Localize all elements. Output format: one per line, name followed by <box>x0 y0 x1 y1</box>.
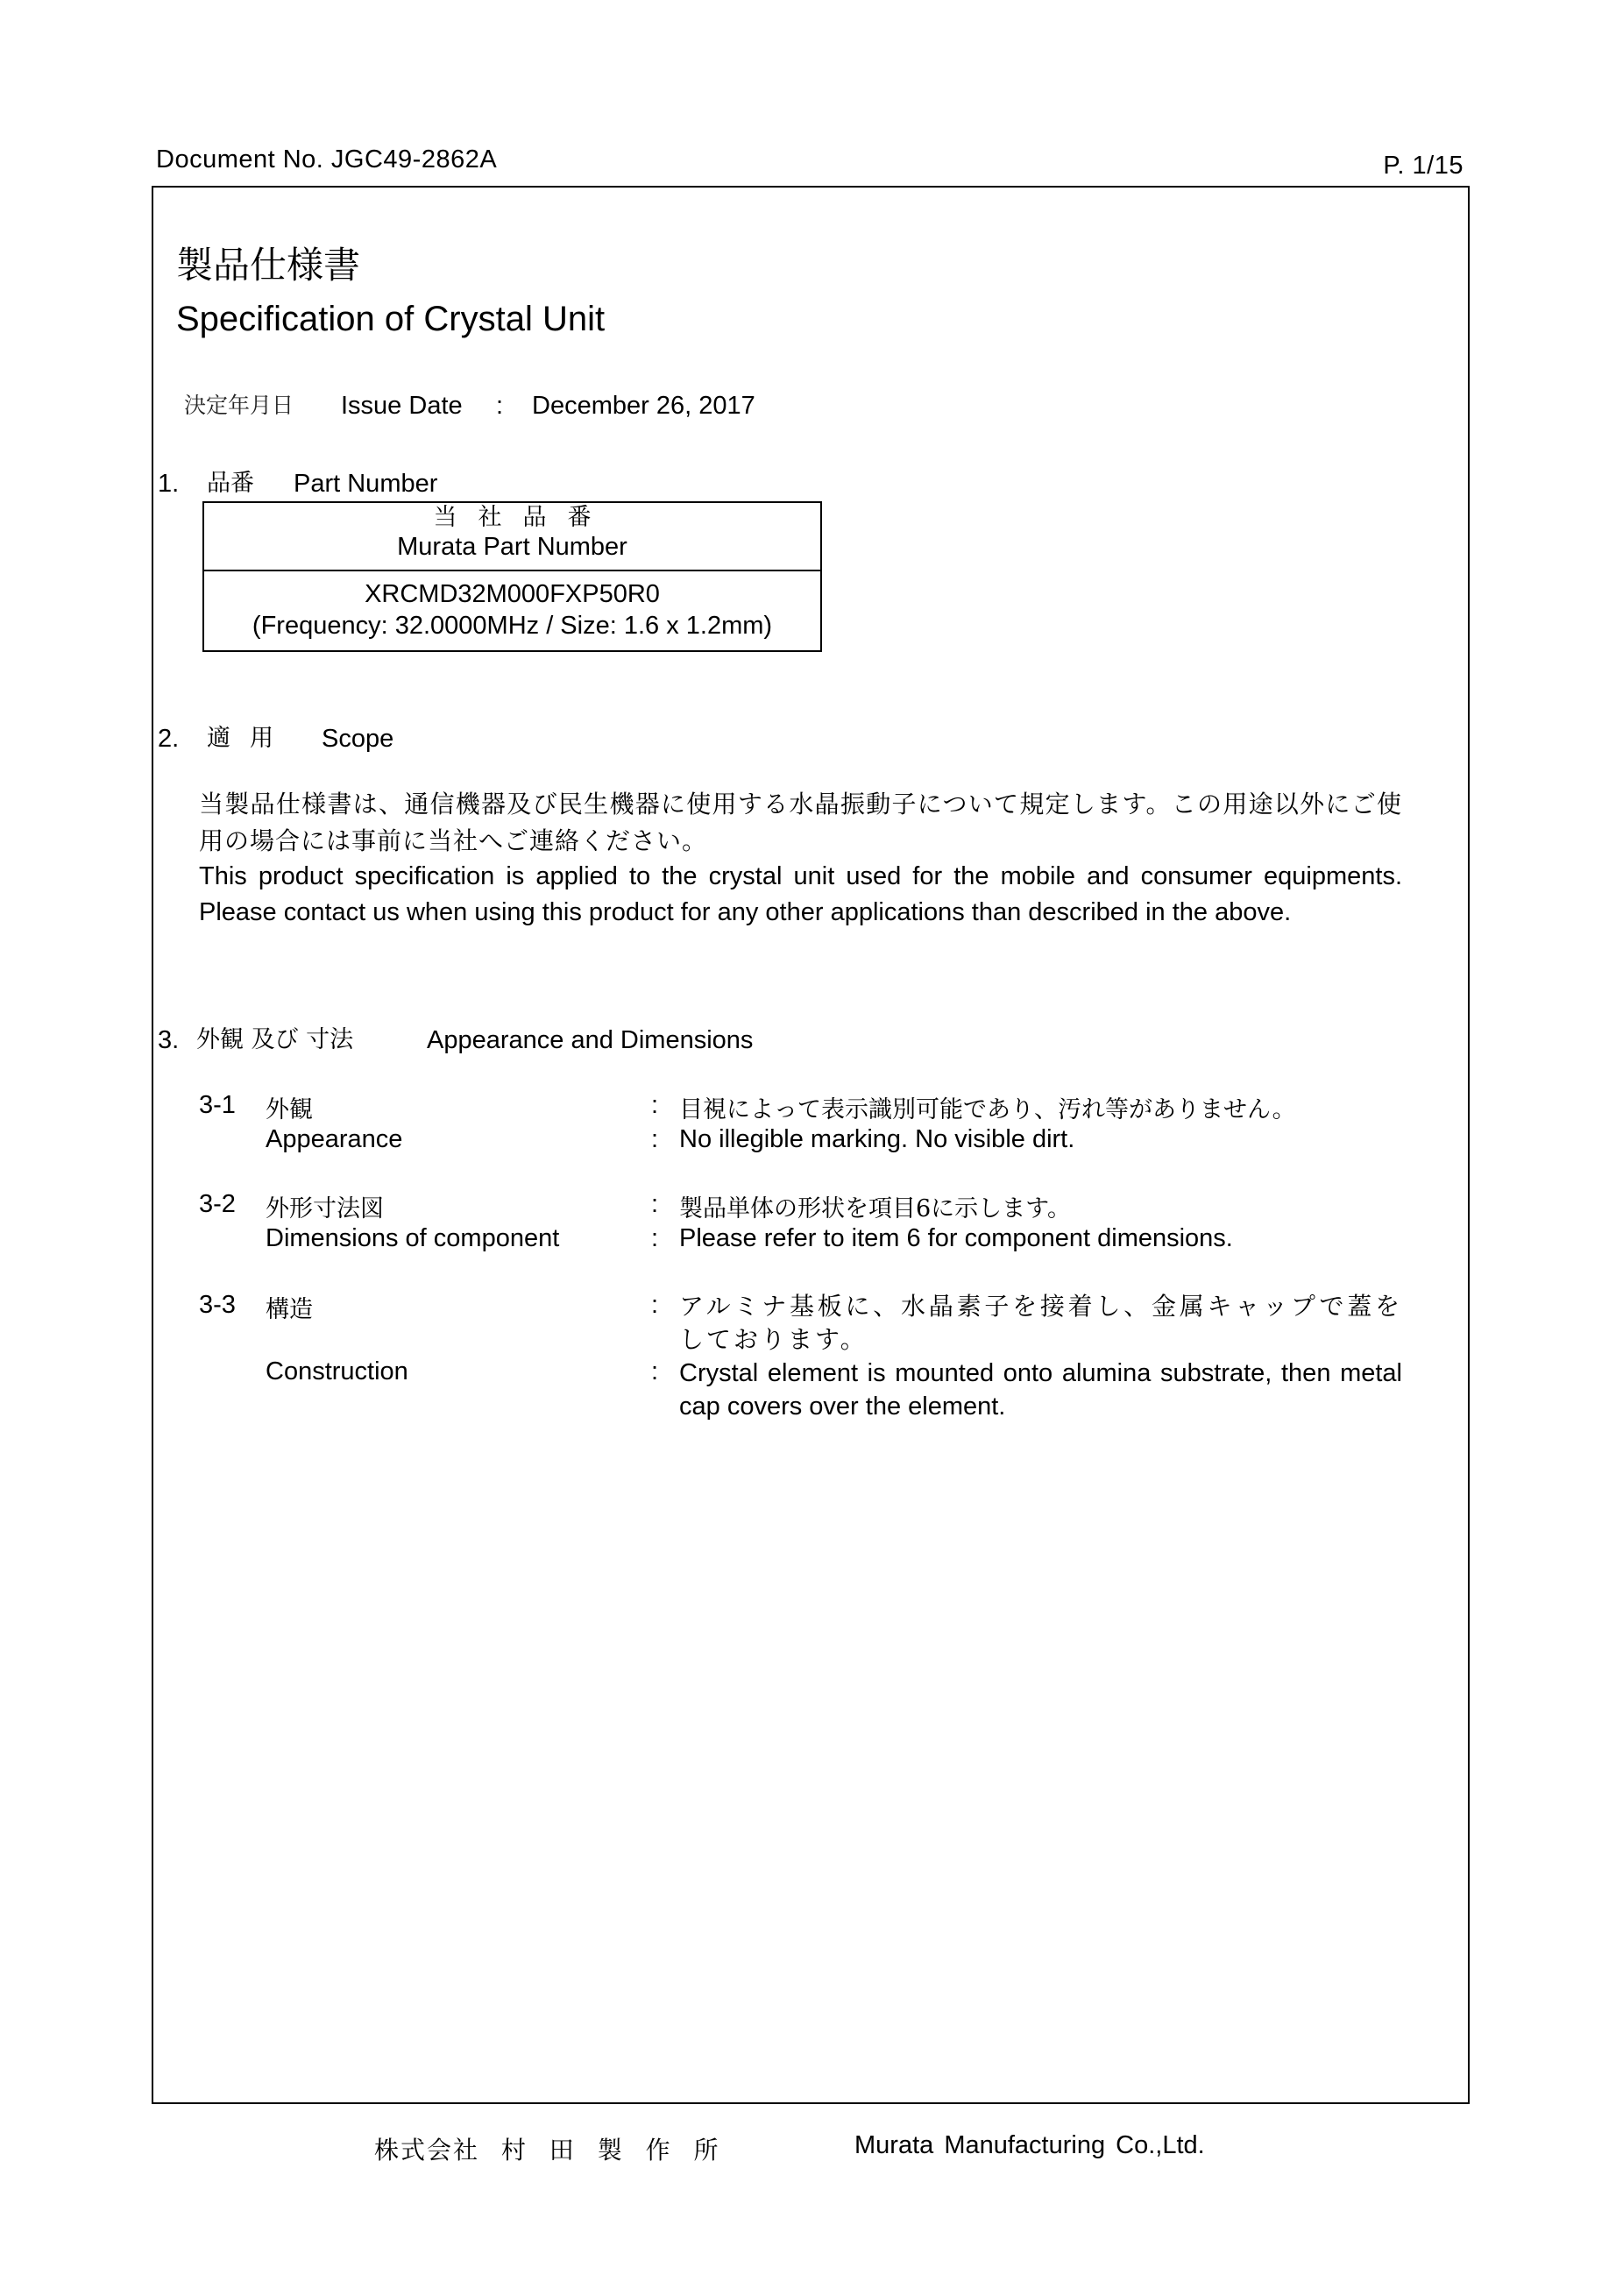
scope-text-en: This product specification is applied to… <box>199 859 1402 930</box>
item-label: Construction <box>266 1357 408 1386</box>
scope-text-jp: 当製品仕様書は、通信機器及び民生機器に使用する水晶振動子について規定します。この… <box>199 786 1402 860</box>
issue-date-label: Issue Date <box>341 391 463 421</box>
part-number-table-row: XRCMD32M000FXP50R0 (Frequency: 32.0000MH… <box>204 571 820 650</box>
page-number: P. 1/15 <box>1383 152 1464 181</box>
section-1-number: 1. <box>158 469 179 499</box>
item-value-jp: 目視によって表示識別可能であり、汚れ等がありません。 <box>679 1090 1296 1124</box>
item-value: Please refer to item 6 for component dim… <box>679 1223 1233 1253</box>
footer-company-en: Murata Manufacturing Co.,Ltd. <box>854 2131 1205 2160</box>
table-header-jp: 当社品番 <box>204 505 820 531</box>
issue-date-colon: : <box>496 391 503 421</box>
item-label-jp: 外観 <box>266 1090 313 1124</box>
section-3-title-jp: 外観 及び 寸法 <box>196 1025 353 1055</box>
item-colon: : <box>651 1189 658 1219</box>
section-3-number: 3. <box>158 1025 179 1055</box>
item-value: No illegible marking. No visible dirt. <box>679 1124 1074 1154</box>
item-colon: : <box>651 1124 658 1154</box>
item-value-jp: 製品単体の形状を項目6に示します。 <box>679 1189 1071 1223</box>
item-label-jp: 外形寸法図 <box>266 1189 384 1223</box>
part-number-table-header: 当社品番 Murata Part Number <box>204 503 820 571</box>
section-1-title: Part Number <box>294 469 437 499</box>
issue-date-value: December 26, 2017 <box>532 391 755 421</box>
title-english: Specification of Crystal Unit <box>176 298 605 340</box>
section-2-title-jp: 適用 <box>207 724 293 754</box>
section-3-title: Appearance and Dimensions <box>427 1025 753 1055</box>
section-1-title-jp: 品番 <box>207 469 254 499</box>
item-value-jp: アルミナ基板に、水晶素子を接着し、金属キャップで蓋をしております。 <box>679 1290 1402 1357</box>
footer-company-jp: 株式会社 村 田 製 作 所 <box>374 2131 720 2166</box>
item-label: Appearance <box>266 1124 402 1154</box>
part-number-table: 当社品番 Murata Part Number XRCMD32M000FXP50… <box>202 501 822 652</box>
document-number: Document No. JGC49-2862A <box>156 145 497 174</box>
item-number: 3-3 <box>199 1290 236 1320</box>
item-number: 3-1 <box>199 1090 236 1120</box>
item-colon: : <box>651 1357 658 1386</box>
part-number-value: XRCMD32M000FXP50R0 <box>204 578 820 610</box>
part-number-description: (Frequency: 32.0000MHz / Size: 1.6 x 1.2… <box>204 610 820 641</box>
table-header-en: Murata Part Number <box>204 531 820 563</box>
item-number: 3-2 <box>199 1189 236 1219</box>
item-value: Crystal element is mounted onto alumina … <box>679 1357 1402 1423</box>
item-colon: : <box>651 1090 658 1120</box>
section-2-title: Scope <box>322 724 393 754</box>
item-colon: : <box>651 1223 658 1253</box>
item-label-jp: 構造 <box>266 1290 313 1324</box>
title-japanese: 製品仕様書 <box>176 244 360 287</box>
item-colon: : <box>651 1290 658 1320</box>
issue-date-label-jp: 決定年月日 <box>184 391 294 421</box>
section-2-number: 2. <box>158 724 179 754</box>
item-label: Dimensions of component <box>266 1223 559 1253</box>
